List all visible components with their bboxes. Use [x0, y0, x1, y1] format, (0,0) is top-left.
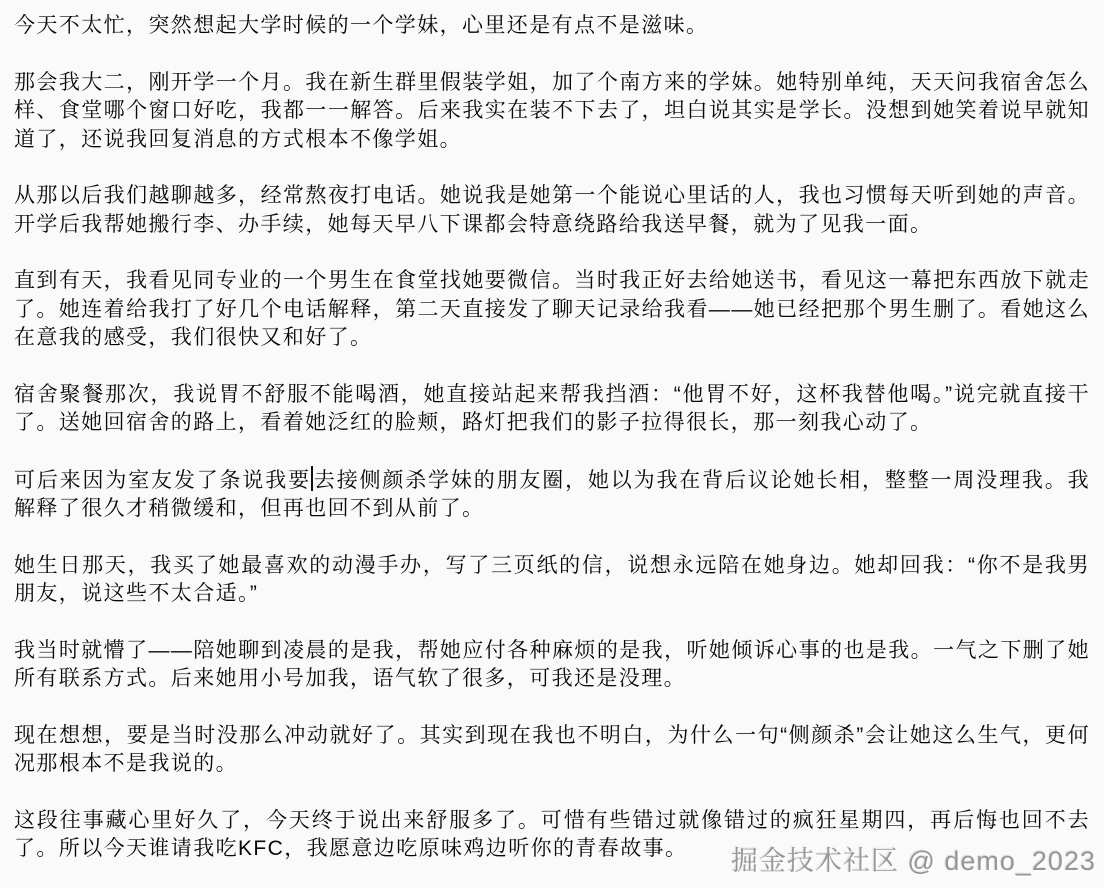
story-paragraph-9[interactable]: 现在想想，要是当时没那么冲动就好了。其实到现在我也不明白，为什么一句“侧颜杀”会…	[14, 722, 1090, 779]
story-paragraph-5[interactable]: 宿舍聚餐那次，我说胃不舒服不能喝酒，她直接站起来帮我挡酒：“他胃不好，这杯我替他…	[14, 381, 1090, 438]
text-editor-area[interactable]: 今天不太忙，突然想起大学时候的一个学妹，心里还是有点不是滋味。 那会我大二，刚开…	[0, 0, 1104, 864]
story-paragraph-8[interactable]: 我当时就懵了——陪她聊到凌晨的是我，帮她应付各种麻烦的是我，听她倾诉心事的也是我…	[14, 637, 1090, 694]
story-paragraph-4[interactable]: 直到有天，我看见同专业的一个男生在食堂找她要微信。当时我正好去给她送书，看见这一…	[14, 267, 1090, 353]
watermark: 掘金技术社区 @ demo_2023	[731, 839, 1096, 878]
paragraph-6-text-before-caret: 可后来因为室友发了条说我要	[14, 469, 311, 492]
story-paragraph-2[interactable]: 那会我大二，刚开学一个月。我在新生群里假装学姐，加了个南方来的学妹。她特别单纯，…	[14, 69, 1090, 155]
story-paragraph-7[interactable]: 她生日那天，我买了她最喜欢的动漫手办，写了三页纸的信，说想永远陪在她身边。她却回…	[14, 552, 1090, 609]
story-paragraph-6[interactable]: 可后来因为室友发了条说我要去接侧颜杀学妹的朋友圈，她以为我在背后议论她长相，整整…	[14, 466, 1090, 524]
story-paragraph-3[interactable]: 从那以后我们越聊越多，经常熬夜打电话。她说我是她第一个能说心里话的人，我也习惯每…	[14, 182, 1090, 239]
story-paragraph-1[interactable]: 今天不太忙，突然想起大学时候的一个学妹，心里还是有点不是滋味。	[14, 12, 1090, 41]
